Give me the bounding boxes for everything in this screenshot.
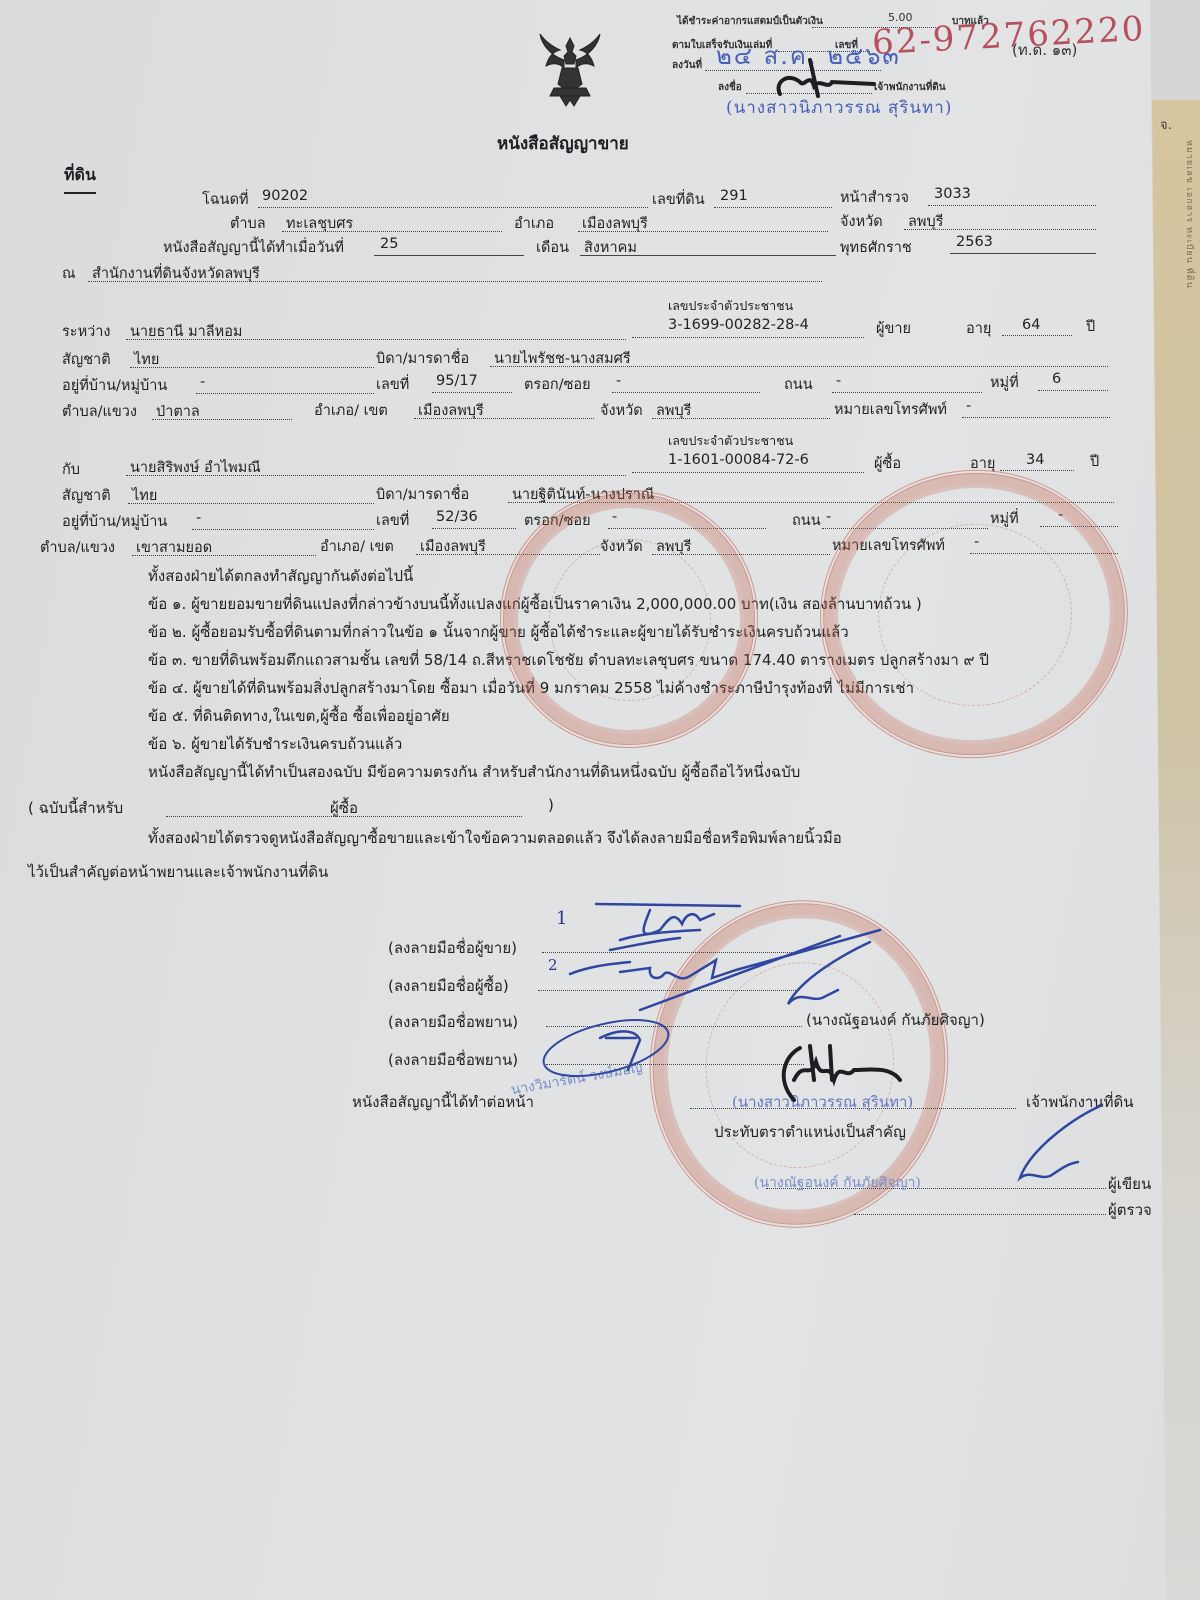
acknowledgement-line-1: ทั้งสองฝ่ายได้ตรวจดูหนังสือสัญญาซื้อขายแ… (148, 826, 842, 850)
seller-mark: 1 (556, 908, 567, 929)
seller-id-label: เลขประจำตัวประชาชน (668, 296, 793, 316)
stamp-duty-label: ได้ชำระค่าอากรแสตมป์เป็นตัวเงิน (677, 14, 823, 29)
edge-strip-text: หมายเลข เอกสาร ทะเบียน ที่ดิน (1166, 140, 1196, 540)
survey-page-number: 3033 (934, 186, 971, 202)
contract-day: 25 (380, 236, 398, 252)
seller-province-label: จังหวัด (600, 399, 643, 422)
form-code: (ท.ด. ๑๓) (1012, 38, 1077, 62)
buyer-age-unit: ปี (1090, 450, 1099, 473)
seller-age-unit: ปี (1086, 315, 1095, 338)
buyer-district-label: อำเภอ/ เขต (320, 535, 394, 558)
land-number: 291 (720, 188, 748, 204)
deed-label: โฉนดที่ (202, 188, 249, 211)
seller-phone: - (966, 398, 971, 414)
buyer-road: - (826, 509, 831, 525)
section-label: ที่ดิน (64, 163, 96, 194)
seller-age-label: อายุ (966, 317, 991, 340)
copies-statement: หนังสือสัญญานี้ได้ทำเป็นสองฉบับ มีข้อควา… (148, 760, 800, 784)
buyer-id: 1-1601-00084-72-6 (668, 452, 809, 468)
clause-6: ข้อ ๖. ผู้ขายได้รับชำระเงินครบถ้วนแล้ว (148, 732, 402, 756)
buyer-id-label: เลขประจำตัวประชาชน (668, 431, 793, 451)
contract-date-label: หนังสือสัญญานี้ได้ทำเมื่อวันที่ (163, 236, 344, 259)
official-seal-stamp-1 (500, 490, 758, 748)
seller-village-label: อยู่ที่บ้าน/หมู่บ้าน (62, 374, 167, 397)
garuda-emblem-icon (530, 30, 610, 112)
seller-district-label: อำเภอ/ เขต (314, 399, 388, 422)
seller-road: - (836, 373, 841, 389)
edge-corner-text: จ. (1160, 114, 1172, 135)
buyer-parents-label: บิดา/มารดาชื่อ (376, 483, 469, 506)
buyer-role: ผู้ซื้อ (874, 452, 901, 475)
clause-5: ข้อ ๕. ที่ดินติดทาง,ในเขต,ผู้ซื้อ ซื้อเพ… (148, 704, 450, 728)
seller-subdistrict-label: ตำบล/แขวง (62, 400, 137, 423)
buyer-subdistrict-label: ตำบล/แขวง (40, 536, 115, 559)
seller-soi: - (616, 373, 621, 389)
seller-phone-label: หมายเลขโทรศัพท์ (834, 398, 947, 421)
receipt-sign-label: ลงชื่อ (718, 80, 742, 95)
seller-village: - (200, 374, 205, 390)
seller-house-no: 95/17 (436, 373, 478, 389)
copy-for-close: ) (548, 796, 554, 814)
seller-role: ผู้ขาย (876, 317, 911, 340)
officer-signature (770, 1040, 910, 1110)
terms-intro: ทั้งสองฝ่ายได้ตกลงทำสัญญากันดังต่อไปนี้ (148, 564, 413, 588)
buyer-village: - (196, 510, 201, 526)
document-title: หนังสือสัญญาขาย (497, 130, 629, 157)
seller-moo-label: หมู่ที่ (990, 371, 1019, 394)
buyer-road-label: ถนน (792, 509, 821, 532)
buyer-signature-label: (ลงลายมือชื่อผู้ซื้อ) (388, 974, 509, 998)
receipt-officer-name: (นางสาวนิภาวรรณ สุรินทา) (726, 94, 952, 121)
province-label: จังหวัด (840, 210, 883, 233)
seller-house-no-label: เลขที่ (376, 373, 409, 396)
witness2-signature (540, 1010, 690, 1090)
contract-month-label: เดือน (536, 236, 569, 259)
copy-for-label: ( ฉบับนี้สำหรับ (28, 796, 123, 820)
seller-intro-label: ระหว่าง (62, 320, 111, 343)
writer-signature (1000, 1100, 1110, 1190)
writer-title: ผู้เขียน (1108, 1172, 1151, 1196)
buyer-house-no-label: เลขที่ (376, 509, 409, 532)
receipt-date-label: ลงวันที่ (672, 58, 702, 73)
made-before-label: หนังสือสัญญานี้ได้ทำต่อหน้า (352, 1090, 534, 1114)
office-label: ณ (62, 262, 75, 285)
seal-note: ประทับตราตำแหน่งเป็นสำคัญ (714, 1120, 906, 1144)
seller-road-label: ถนน (784, 373, 813, 396)
land-number-label: เลขที่ดิน (652, 188, 705, 211)
tambon-label: ตำบล (230, 212, 266, 235)
buyer-intro-label: กับ (62, 458, 80, 481)
contract-year-label: พุทธศักราช (840, 236, 912, 259)
buyer-village-label: อยู่ที่บ้าน/หมู่บ้าน (62, 510, 167, 533)
seller-parents-label: บิดา/มารดาชื่อ (376, 347, 469, 370)
seller-id: 3-1699-00282-28-4 (668, 317, 809, 333)
buyer-house-no: 52/36 (436, 509, 478, 525)
checker-title: ผู้ตรวจ (1108, 1198, 1152, 1222)
witness1-signature (760, 940, 880, 1020)
contract-year: 2563 (956, 234, 993, 250)
buyer-nationality-label: สัญชาติ (62, 484, 111, 507)
seller-nationality-label: สัญชาติ (62, 348, 111, 371)
amphoe-label: อำเภอ (514, 212, 554, 235)
writer-stamp-name: (นางณัฐอนงค์ กันภัยศิจญา) (754, 1172, 921, 1194)
survey-page-label: หน้าสำรวจ (840, 186, 909, 209)
acknowledgement-line-2: ไว้เป็นสำคัญต่อหน้าพยานและเจ้าพนักงานที่… (28, 860, 328, 884)
witness2-signature-label: (ลงลายมือชื่อพยาน) (388, 1048, 518, 1072)
deed-number: 90202 (262, 188, 308, 204)
seller-signature-label: (ลงลายมือชื่อผู้ขาย) (388, 936, 517, 960)
seller-soi-label: ตรอก/ซอย (524, 373, 591, 396)
buyer-age: 34 (1026, 452, 1044, 468)
seller-age: 64 (1022, 317, 1040, 333)
witness1-signature-label: (ลงลายมือชื่อพยาน) (388, 1010, 518, 1034)
seller-moo: 6 (1052, 371, 1061, 387)
receipt-sign-suffix: เจ้าพนักงานที่ดิน (874, 80, 946, 95)
